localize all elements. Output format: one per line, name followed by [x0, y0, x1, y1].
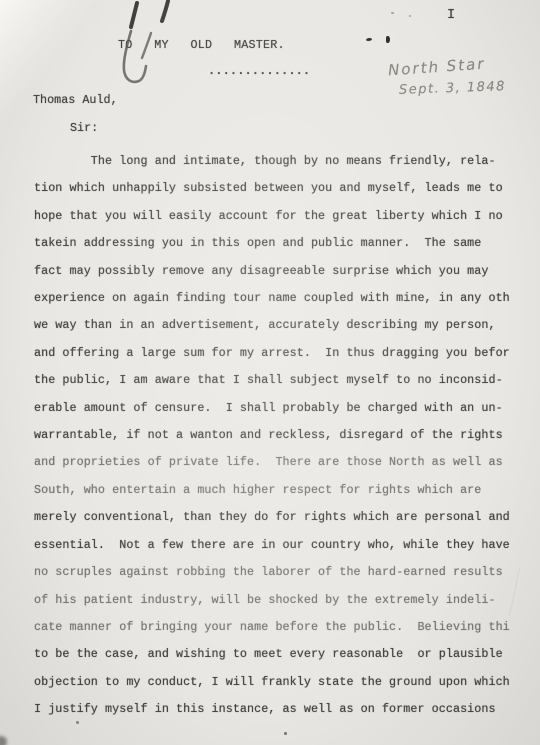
ink-speck-icon [391, 12, 394, 14]
handwritten-publication-note: North Star [387, 55, 486, 80]
page-number: I [447, 8, 455, 23]
handwritten-date-note: Sept. 3, 1848 [399, 79, 506, 98]
ink-mark-icon [386, 36, 390, 43]
ink-speck-icon [284, 732, 287, 735]
ink-speck-icon [409, 15, 411, 17]
recipient-name: Thomas Auld, [33, 93, 118, 107]
letter-body-text: The long and intimate, though by no mean… [34, 148, 510, 724]
ink-mark-icon [366, 38, 372, 42]
pencil-slash-marks-icon [100, 0, 190, 95]
scanned-typescript-page: I TO MY OLD MASTER. .............. North… [0, 0, 540, 745]
salutation: Sir: [70, 121, 98, 135]
paper-crease [509, 568, 520, 615]
ink-speck-icon [76, 721, 79, 724]
dotted-rule: .............. [208, 64, 310, 78]
page-corner-blemish [0, 736, 7, 745]
